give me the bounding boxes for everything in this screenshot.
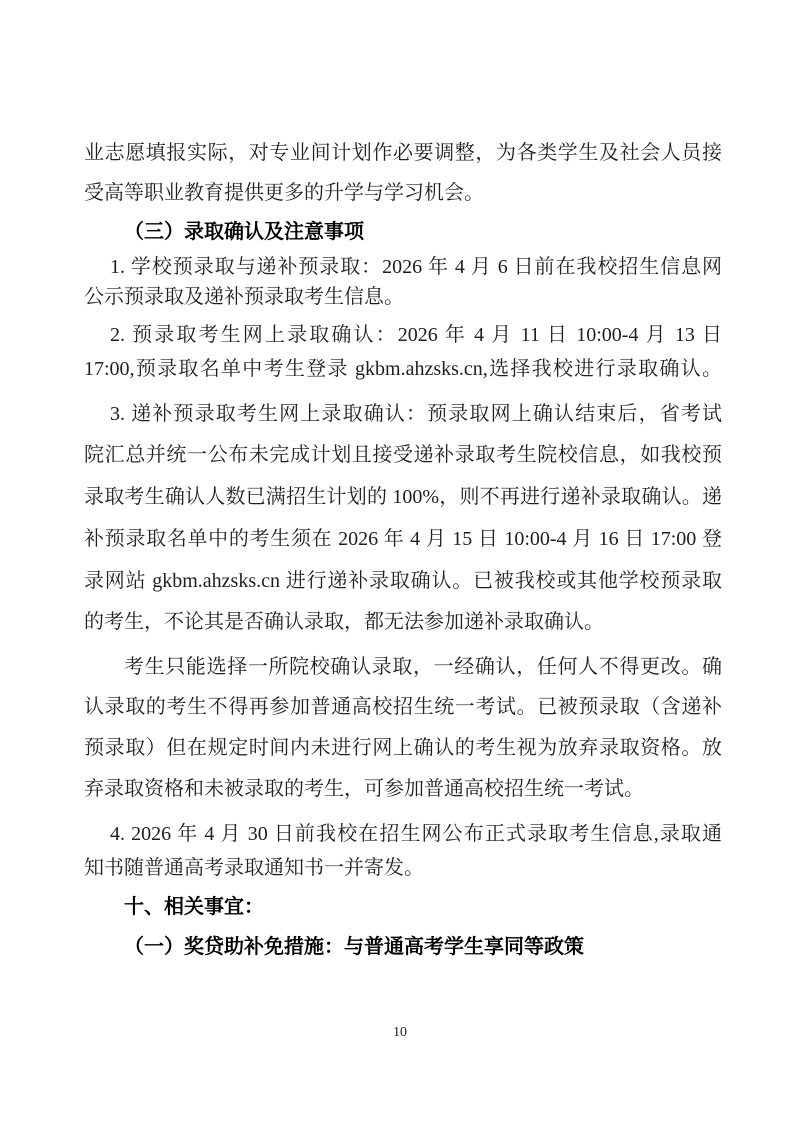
body-line: 受高等职业教育提供更多的升学与学习机会。 (84, 180, 722, 206)
body-line: 业志愿填报实际，对专业间计划作必要调整，为各类学生及社会人员接 (84, 140, 722, 166)
list-item-line: 2. 预录取考生网上录取确认：2026 年 4 月 11 日 10:00-4 月… (84, 322, 722, 348)
section-heading: （三）录取确认及注意事项 (84, 219, 722, 245)
section-heading: （一）奖贷助补免措施：与普通高考学生享同等政策 (84, 934, 722, 960)
body-line: 考生只能选择一所院校确认录取，一经确认，任何人不得更改。确 (84, 654, 722, 680)
body-line: 补预录取名单中的考生须在 2026 年 4 月 15 日 10:00-4 月 1… (84, 526, 722, 552)
document-page: 业志愿填报实际，对专业间计划作必要调整，为各类学生及社会人员接 受高等职业教育提… (0, 0, 800, 1132)
list-item-line: 4. 2026 年 4 月 30 日前我校在招生网公布正式录取考生信息,录取通 (84, 821, 722, 847)
list-item-line: 1. 学校预录取与递补预录取：2026 年 4 月 6 日前在我校招生信息网 (84, 254, 722, 280)
document-body: 业志愿填报实际，对专业间计划作必要调整，为各类学生及社会人员接 受高等职业教育提… (84, 0, 722, 1132)
list-item-line: 3. 递补预录取考生网上录取确认：预录取网上确认结束后，省考试 (84, 401, 722, 427)
body-line: 的考生，不论其是否确认录取，都无法参加递补录取确认。 (84, 609, 722, 635)
page-number: 10 (0, 1024, 800, 1042)
body-line: 录取考生确认人数已满招生计划的 100%，则不再进行递补录取确认。递 (84, 484, 722, 510)
section-heading: 十、相关事宜： (84, 894, 722, 920)
body-line: 录网站 gkbm.ahzsks.cn 进行递补录取确认。已被我校或其他学校预录取 (84, 568, 722, 594)
body-line: 公示预录取及递补预录取考生信息。 (84, 284, 722, 310)
body-line: 预录取）但在规定时间内未进行网上确认的考生视为放弃录取资格。放 (84, 735, 722, 761)
body-line: 认录取的考生不得再参加普通高校招生统一考试。已被预录取（含递补 (84, 694, 722, 720)
body-line: 17:00,预录取名单中考生登录 gkbm.ahzsks.cn,选择我校进行录取… (84, 356, 722, 382)
body-line: 院汇总并统一公布未完成计划且接受递补录取考生院校信息，如我校预 (84, 442, 722, 468)
body-line: 弃录取资格和未被录取的考生，可参加普通高校招生统一考试。 (84, 776, 722, 802)
body-line: 知书随普通高考录取通知书一并寄发。 (84, 855, 722, 881)
